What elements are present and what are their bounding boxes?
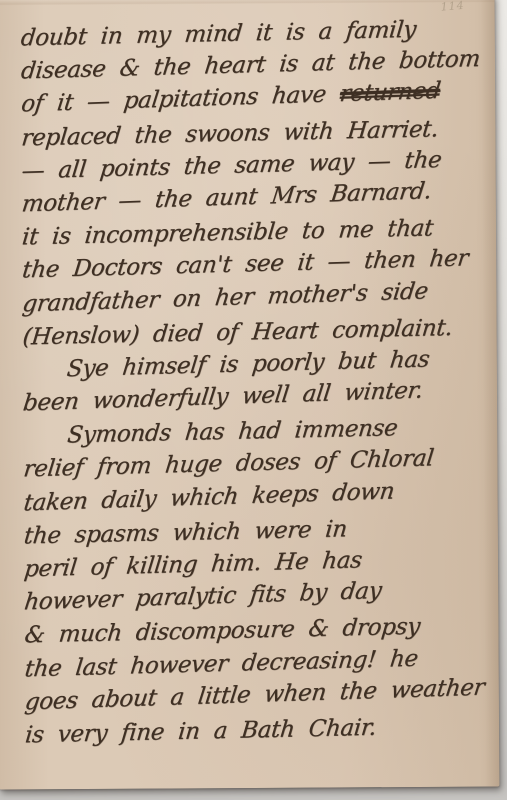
letter-page: 114 doubt in my mind it is a familydisea…: [0, 0, 499, 790]
letter-text: the spasms which were in: [23, 516, 349, 549]
letter-text: of it — palpitations have: [20, 81, 342, 117]
scan-background: 114 doubt in my mind it is a familydisea…: [0, 0, 507, 800]
letter-text: is very fine in a Bath Chair.: [24, 715, 378, 749]
letter-body: doubt in my mind it is a familydisease &…: [0, 0, 499, 790]
struck-word: returned: [338, 78, 442, 107]
